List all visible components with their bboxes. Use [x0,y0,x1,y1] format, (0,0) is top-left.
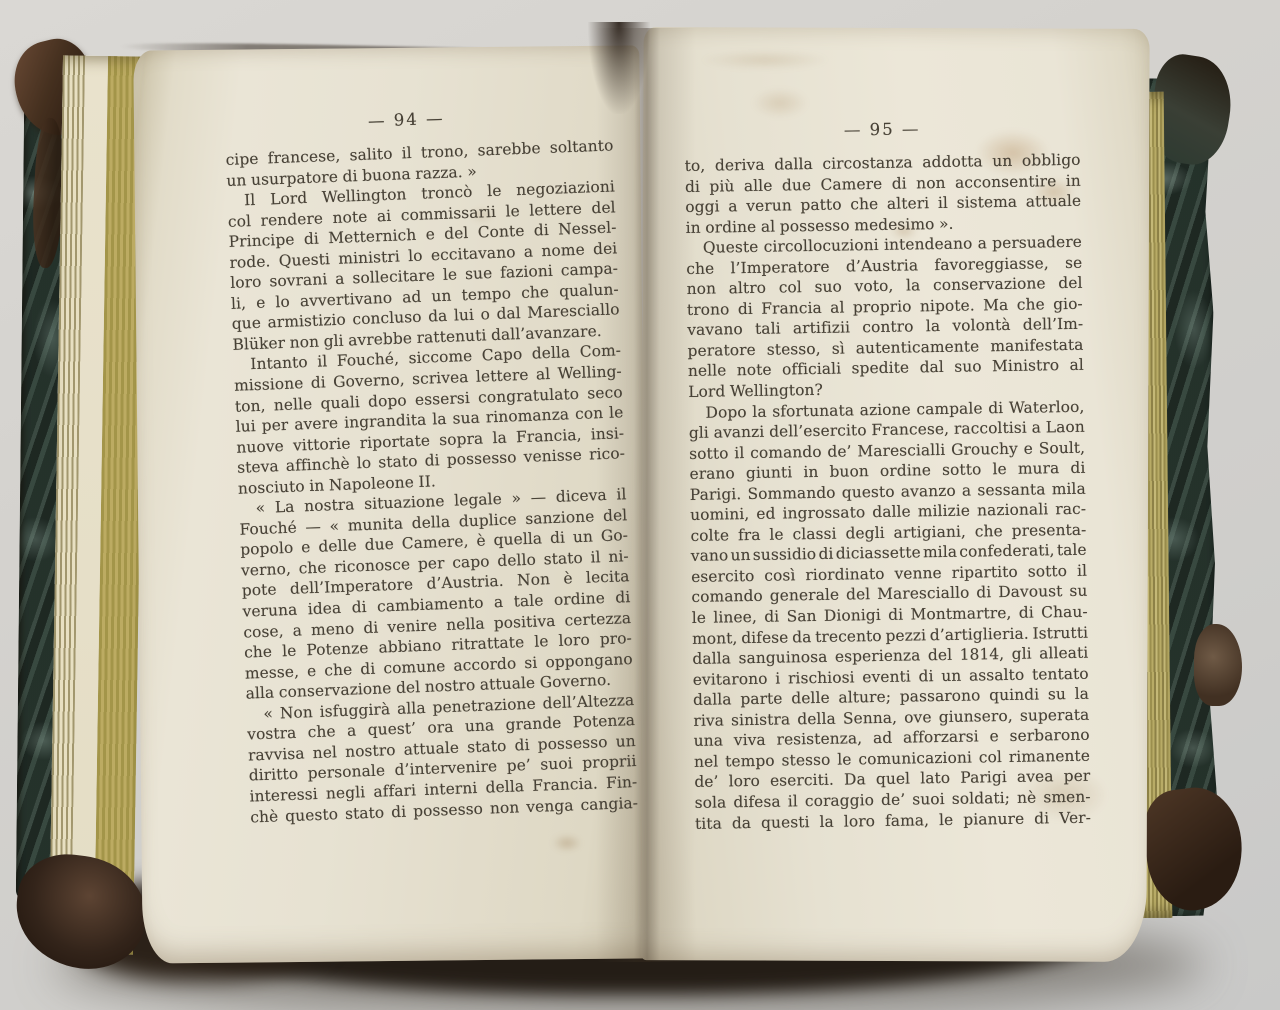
page-95-lines: to,derivadallacircostanzaaddottaunobblig… [685,150,1092,834]
page-edges-left-stack [49,55,147,954]
foxing-spot [552,834,582,852]
foxing-spot [752,88,808,118]
cover-tear-right [1194,624,1242,706]
foxing-spot [700,50,830,70]
page-94-lines: cipefrancese,salitoiltrono,sarebbesoltan… [225,135,638,827]
page-94-text-block: — 94 — cipefrancese,salitoiltrono,sarebb… [224,101,638,827]
photo-background: — 94 — cipefrancese,salitoiltrono,sarebb… [0,0,1280,1010]
spine-head-shadow [588,22,650,114]
page-95-text-block: — 95 — to,derivadallacircostanzaaddottau… [684,116,1091,834]
